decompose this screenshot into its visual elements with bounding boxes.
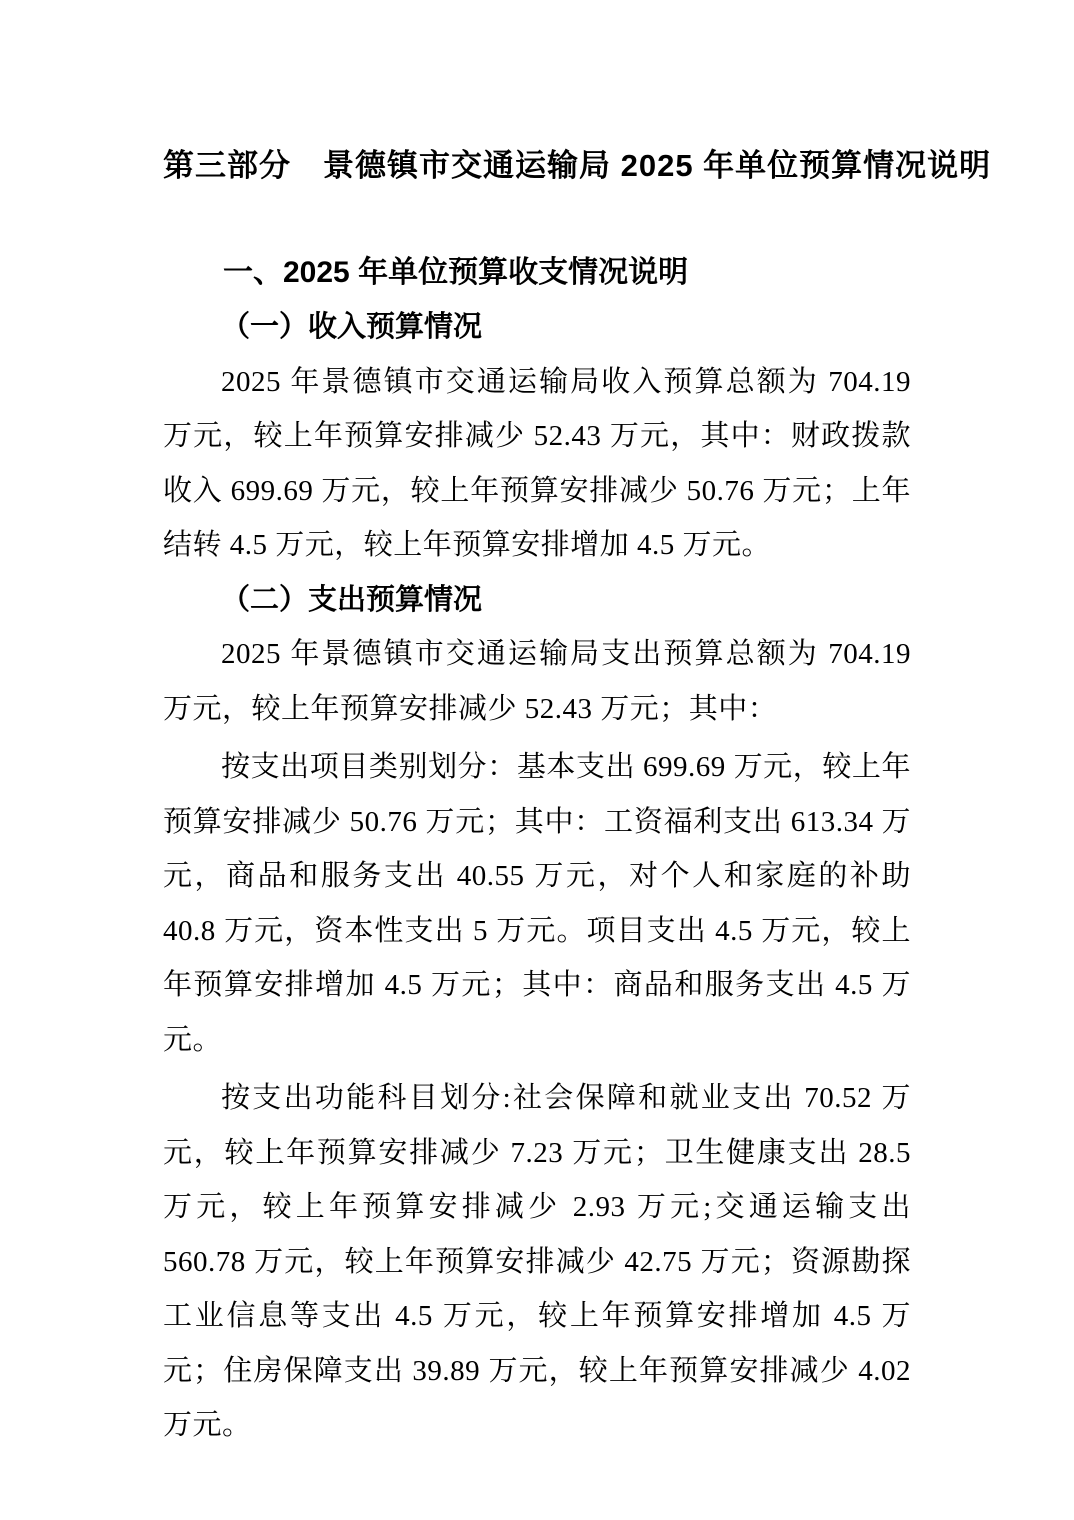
paragraph-income-budget: 2025 年景德镇市交通运输局收入预算总额为 704.19 万元，较上年预算安排… bbox=[163, 355, 911, 573]
paragraph-expense-by-function: 按支出功能科目划分:社会保障和就业支出 70.52 万元，较上年预算安排减少 7… bbox=[163, 1071, 911, 1453]
section-heading-budget-overview: 一、2025 年单位预算收支情况说明 bbox=[163, 245, 911, 300]
subsection-heading-income: （一）收入预算情况 bbox=[163, 300, 911, 355]
document-content: 第三部分 景德镇市交通运输局 2025 年单位预算情况说明 一、2025 年单位… bbox=[163, 0, 911, 1453]
paragraph-expense-total: 2025 年景德镇市交通运输局支出预算总额为 704.19 万元，较上年预算安排… bbox=[163, 627, 911, 736]
paragraph-expense-by-category: 按支出项目类别划分：基本支出 699.69 万元，较上年预算安排减少 50.76… bbox=[163, 740, 911, 1067]
document-title: 第三部分 景德镇市交通运输局 2025 年单位预算情况说明 bbox=[163, 138, 911, 193]
subsection-heading-expense: （二）支出预算情况 bbox=[163, 573, 911, 628]
budget-document-page: 第三部分 景德镇市交通运输局 2025 年单位预算情况说明 一、2025 年单位… bbox=[0, 0, 1074, 1520]
